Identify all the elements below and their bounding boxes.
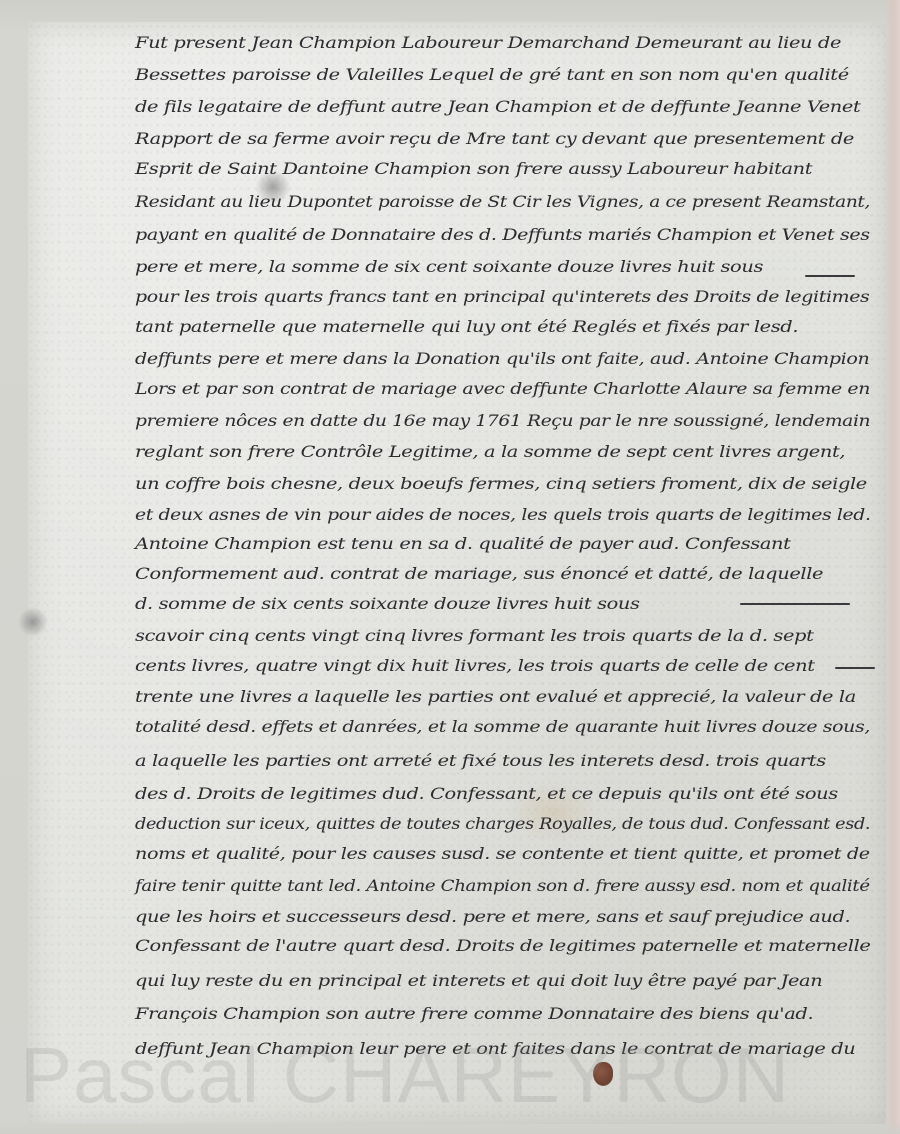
text-line: François Champion son autre frere comme … (135, 1005, 813, 1023)
ink-smudge-left (18, 607, 48, 637)
line-filler-dash (805, 275, 855, 277)
text-line: deduction sur iceux, quittes de toutes c… (135, 815, 870, 833)
text-line: reglant son frere Contrôle Legitime, a l… (135, 443, 845, 461)
text-line: qui luy reste du en principal et interet… (135, 972, 822, 990)
text-line: trente une livres a laquelle les parties… (135, 688, 856, 706)
text-line: Confessant de l'autre quart desd. Droits… (135, 937, 870, 955)
line-filler-dash (835, 667, 875, 669)
text-line: Residant au lieu Dupontet paroisse de St… (135, 193, 870, 211)
text-line: d. somme de six cents soixante douze liv… (135, 595, 640, 613)
text-line: payant en qualité de Donnataire des d. D… (135, 226, 870, 244)
text-line: Esprit de Saint Dantoine Champion son fr… (135, 160, 812, 178)
text-line: deffunts pere et mere dans la Donation q… (135, 350, 869, 368)
text-line: que les hoirs et successeurs desd. pere … (135, 908, 850, 926)
text-line: Rapport de sa ferme avoir reçu de Mre ta… (135, 130, 854, 148)
line-filler-dash (740, 603, 850, 605)
text-line: cents livres, quatre vingt dix huit livr… (135, 657, 815, 675)
text-line: faire tenir quitte tant led. Antoine Cha… (135, 877, 870, 895)
ink-blot (593, 1062, 613, 1086)
document-photo: Fut present Jean Champion Laboureur Dema… (0, 0, 900, 1134)
text-line: des d. Droits de legitimes dud. Confessa… (135, 785, 838, 803)
text-line: un coffre bois chesne, deux boeufs ferme… (135, 475, 867, 493)
text-line: scavoir cinq cents vingt cinq livres for… (135, 627, 813, 645)
text-line: a laquelle les parties ont arreté et fix… (135, 752, 826, 770)
text-line: Fut present Jean Champion Laboureur Dema… (135, 34, 841, 52)
text-line: deffunt Jean Champion leur pere et ont f… (135, 1040, 855, 1058)
text-line: noms et qualité, pour les causes susd. s… (135, 845, 870, 863)
text-line: de fils legataire de deffunt autre Jean … (135, 98, 860, 116)
text-line: pere et mere, la somme de six cent soixa… (135, 258, 763, 276)
text-line: tant paternelle que maternelle qui luy o… (135, 318, 798, 336)
text-line: Bessettes paroisse de Valeilles Lequel d… (135, 66, 849, 84)
text-line: premiere nôces en datte du 16e may 1761 … (135, 412, 870, 430)
text-line: Conformement aud. contrat de mariage, su… (135, 565, 823, 583)
text-line: et deux asnes de vin pour aides de noces… (135, 506, 871, 524)
photo-bottom-edge (0, 1122, 900, 1134)
page-edge (884, 0, 900, 1134)
text-line: Antoine Champion est tenu en sa d. quali… (135, 535, 791, 553)
text-line: pour les trois quarts francs tant en pri… (135, 288, 869, 306)
text-line: totalité desd. effets et danrées, et la … (135, 718, 870, 736)
text-line: Lors et par son contrat de mariage avec … (135, 380, 870, 398)
